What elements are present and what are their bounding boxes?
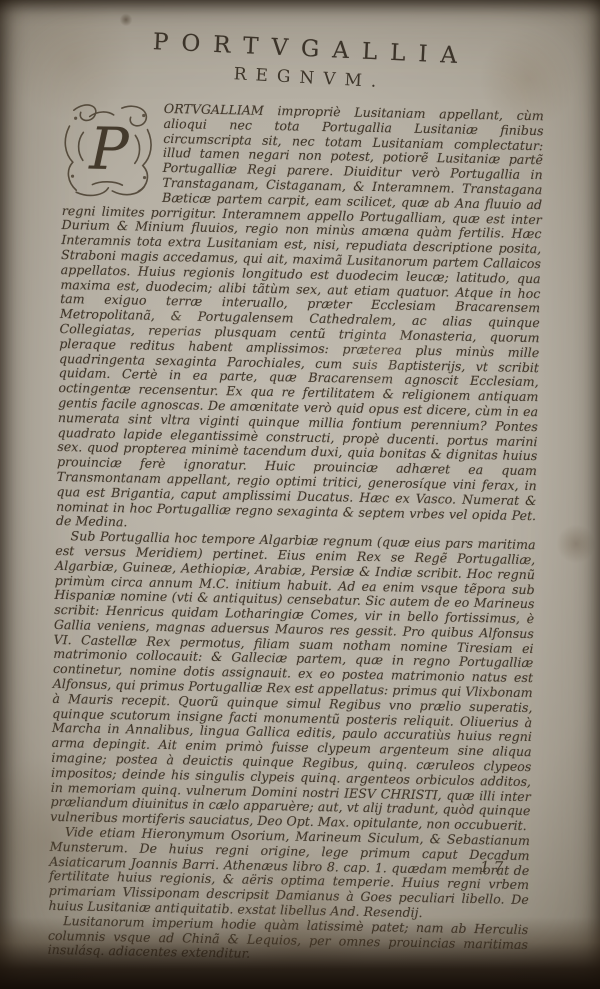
- page-number: 17: [480, 858, 507, 876]
- ornate-drop-cap: P: [62, 102, 156, 198]
- paragraph-2: Sub Portugallia hoc tempore Algarbiæ reg…: [50, 529, 536, 834]
- drop-cap-ornament-icon: P: [62, 102, 156, 198]
- body-text-block: P ORTVGALLIAM impropriè Lusitaniam appel…: [48, 100, 544, 967]
- drop-cap-letter: P: [88, 114, 130, 183]
- paragraph-3: Vide etiam Hieronymum Osorium, Marineum …: [48, 825, 530, 923]
- book-page-scan: PORTVGALLIA REGNVM.: [0, 0, 600, 989]
- paragraph-4: Lusitanorum imperium hodie quàm latissim…: [48, 914, 529, 968]
